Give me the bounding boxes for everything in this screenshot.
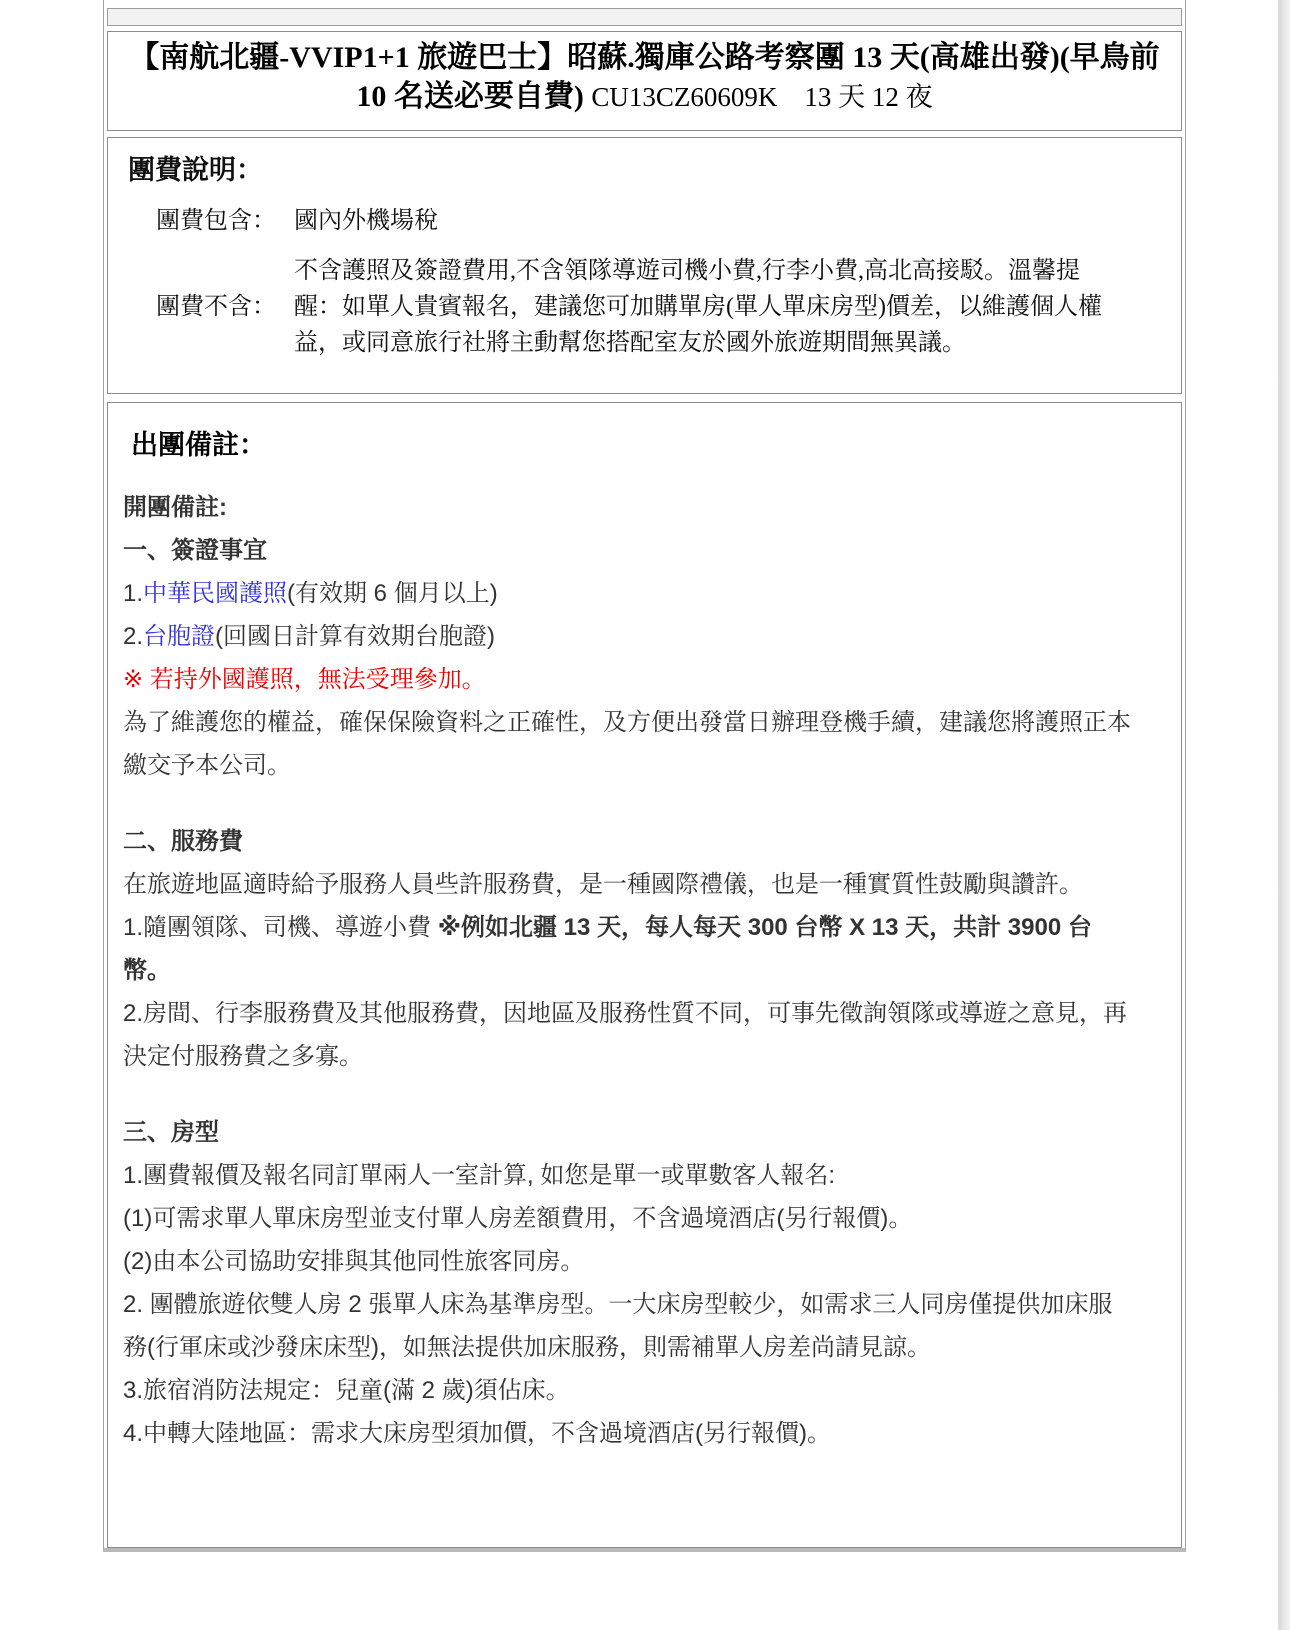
- visa-item-1: 1.中華民國護照(有效期 6 個月以上): [123, 572, 1135, 615]
- service-fee-item-1-normal: 1.隨團領隊、司機、導遊小費: [123, 914, 438, 941]
- foreign-passport-warning: ※ 若持外國護照，無法受理參加。: [123, 658, 1135, 701]
- passport-submission-note: 為了維護您的權益，確保保險資料之正確性，及方便出發當日辦理登機手續，建議您將護照…: [123, 701, 1135, 787]
- fee-exclude-label: 團費不含：: [156, 289, 294, 325]
- roc-passport-link[interactable]: 中華民國護照: [143, 580, 287, 607]
- room-type-heading: 三、房型: [123, 1111, 1135, 1154]
- page: { "header": { "title_main": "【南航北疆-VVIP1…: [0, 0, 1290, 1630]
- service-fee-heading: 二、服務費: [123, 820, 1135, 863]
- visa-item-2-detail: (回國日計算有效期台胞證): [215, 623, 495, 650]
- taiwan-compatriot-permit-link[interactable]: 台胞證: [143, 623, 215, 650]
- content-table: 【南航北疆-VVIP1+1 旅遊巴士】昭蘇.獨庫公路考察團 13 天(高雄出發)…: [103, 0, 1186, 1552]
- tour-title-box: 【南航北疆-VVIP1+1 旅遊巴士】昭蘇.獨庫公路考察團 13 天(高雄出發)…: [107, 31, 1182, 131]
- visa-item-1-detail: (有效期 6 個月以上): [287, 580, 498, 607]
- room-type-item-2: 2. 團體旅遊依雙人房 2 張單人床為基準房型。一大床房型較少，如需求三人同房僅…: [123, 1283, 1135, 1369]
- fee-exclude-value: 不含護照及簽證費用,不含領隊導遊司機小費,行李小費,高北高接駁。溫馨提醒：如單人…: [294, 253, 1118, 361]
- departure-notes-section: 出團備註： 開團備註: 一、簽證事宜 1.中華民國護照(有效期 6 個月以上) …: [107, 402, 1182, 1548]
- scrollbar-track[interactable]: [1278, 0, 1290, 1630]
- room-type-item-1-sub-2: (2)由本公司協助安排與其他同性旅客同房。: [123, 1240, 1135, 1283]
- room-type-item-1-sub-1: (1)可需求單人單床房型並支付單人房差額費用，不含過境酒店(另行報價)。: [123, 1197, 1135, 1240]
- room-type-item-1: 1.團費報價及報名同訂單兩人一室計算, 如您是單一或單數客人報名:: [123, 1154, 1135, 1197]
- tour-code: CU13CZ60609K 13 天 12 夜: [591, 82, 932, 112]
- service-fee-item-2: 2.房間、行李服務費及其他服務費，因地區及服務性質不同，可事先徵詢領隊或導遊之意…: [123, 992, 1135, 1078]
- visa-item-2-number: 2.: [123, 623, 143, 650]
- fee-include-row: 團費包含： 國內外機場稅: [156, 203, 1161, 239]
- notes-section-heading: 出團備註：: [131, 423, 1135, 462]
- empty-header-cell: [107, 8, 1182, 26]
- visa-heading: 一、簽證事宜: [123, 529, 1135, 572]
- fee-include-label: 團費包含：: [156, 203, 294, 239]
- fee-exclude-row: 團費不含： 不含護照及簽證費用,不含領隊導遊司機小費,行李小費,高北高接駁。溫馨…: [156, 253, 1161, 361]
- fee-section-heading: 團費說明：: [128, 153, 1161, 187]
- fee-description-section: 團費說明： 團費包含： 國內外機場稅 團費不含： 不含護照及簽證費用,不含領隊導…: [107, 137, 1182, 394]
- visa-item-1-number: 1.: [123, 580, 143, 607]
- service-fee-intro: 在旅遊地區適時給予服務人員些許服務費，是一種國際禮儀，也是一種實質性鼓勵與讚許。: [123, 863, 1135, 906]
- fee-table: 團費包含： 國內外機場稅 團費不含： 不含護照及簽證費用,不含領隊導遊司機小費,…: [156, 203, 1161, 361]
- fee-include-value: 國內外機場稅: [294, 203, 1118, 239]
- room-type-item-4: 4.中轉大陸地區：需求大床房型須加價，不含過境酒店(另行報價)。: [123, 1412, 1135, 1455]
- room-type-item-3: 3.旅宿消防法規定：兒童(滿 2 歲)須佔床。: [123, 1369, 1135, 1412]
- service-fee-item-1: 1.隨團領隊、司機、導遊小費 ※例如北疆 13 天，每人每天 300 台幣 X …: [123, 906, 1135, 992]
- notes-subheading: 開團備註:: [123, 486, 1135, 529]
- visa-item-2: 2.台胞證(回國日計算有效期台胞證): [123, 615, 1135, 658]
